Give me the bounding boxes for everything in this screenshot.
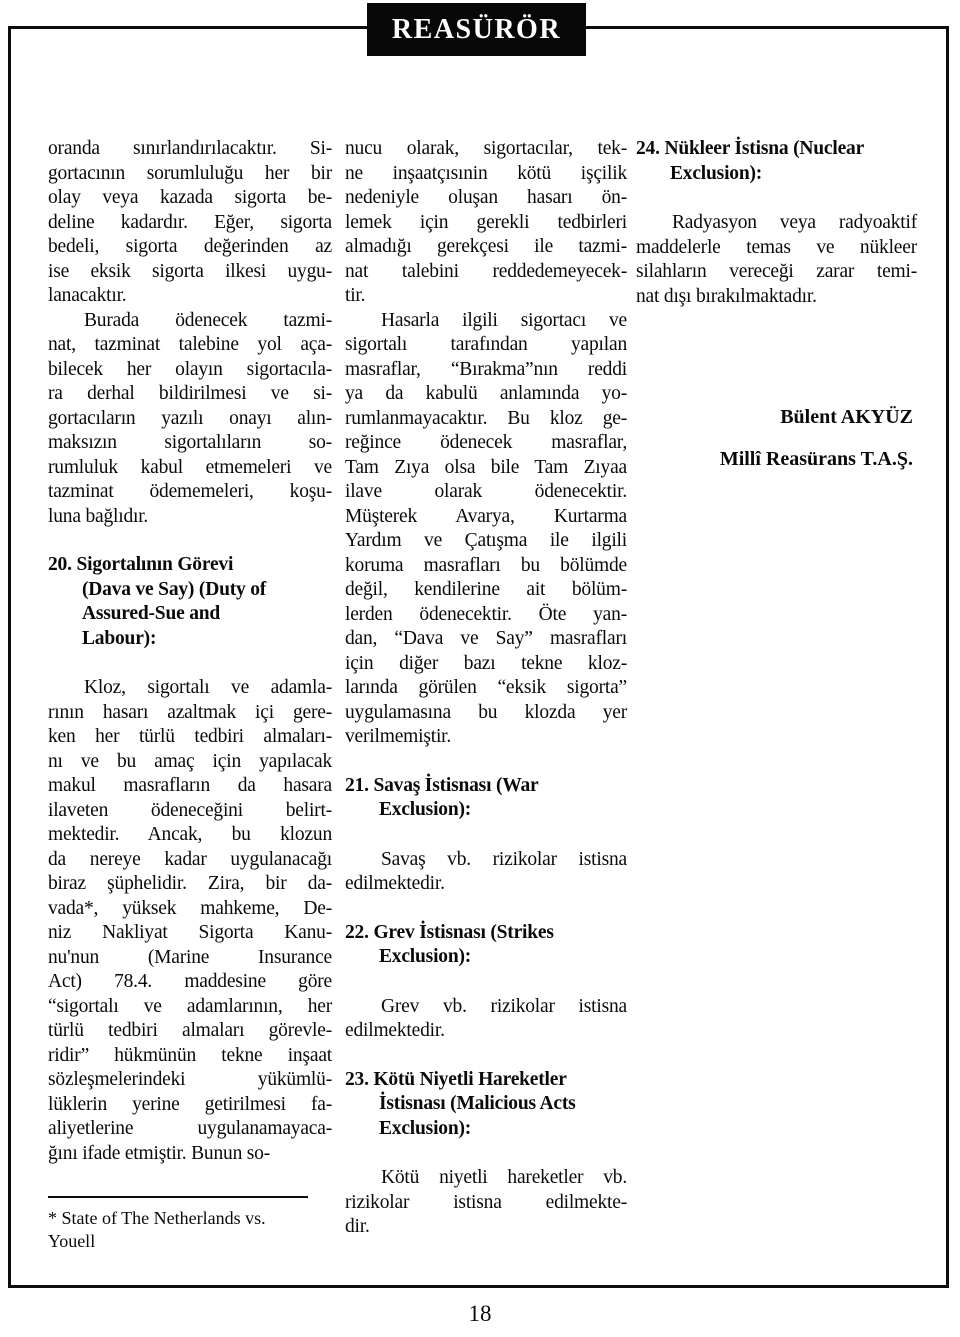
section-heading-23: 23. Kötü Niyetli Hareketlerİstisnası (Ma… xyxy=(345,1068,627,1142)
author-signature: Bülent AKYÜZMillî Reasürans T.A.Ş. xyxy=(636,405,917,471)
journal-masthead: REASÜRÖR xyxy=(367,3,586,56)
footnote-rule xyxy=(48,1196,308,1198)
column-2: nucu olarak, sigortacılar, tek-ne inşaat… xyxy=(345,137,627,1240)
page-number: 18 xyxy=(0,1301,960,1327)
paragraph: Kötü niyetli hareketler vb.rizikolar ist… xyxy=(345,1166,627,1240)
paragraph-continued: nucu olarak, sigortacılar, tek-ne inşaat… xyxy=(345,137,627,309)
section-heading-24: 24. Nükleer İstisna (NuclearExclusion): xyxy=(636,137,917,186)
paragraph-continued: oranda sınırlandırılacaktır. Si-gortacın… xyxy=(48,137,332,309)
paragraph: Savaş vb. rizikolar istisnaedilmektedir. xyxy=(345,848,627,897)
section-heading-21: 21. Savaş İstisnası (WarExclusion): xyxy=(345,774,627,823)
paragraph: Burada ödenecek tazmi-nat, tazminat tale… xyxy=(48,309,332,530)
column-3: 24. Nükleer İstisna (NuclearExclusion): … xyxy=(636,137,917,488)
journal-title: REASÜRÖR xyxy=(392,14,561,46)
section-heading-20: 20. Sigortalının Görevi(Dava ve Say) (Du… xyxy=(48,553,332,651)
paragraph: Hasarla ilgili sigortacı vesigortalı tar… xyxy=(345,309,627,750)
column-1: oranda sınırlandırılacaktır. Si-gortacın… xyxy=(48,137,332,1253)
section-heading-22: 22. Grev İstisnası (StrikesExclusion): xyxy=(345,921,627,970)
paragraph: Grev vb. rizikolar istisnaedilmektedir. xyxy=(345,995,627,1044)
paragraph: Radyasyon veya radyoaktifmaddelerle tema… xyxy=(636,211,917,309)
footnote-text: * State of The Netherlands vs.Youell xyxy=(48,1207,332,1253)
paragraph: Kloz, sigortalı ve adamla-rının hasarı a… xyxy=(48,676,332,1166)
footnote: * State of The Netherlands vs.Youell xyxy=(48,1196,332,1253)
